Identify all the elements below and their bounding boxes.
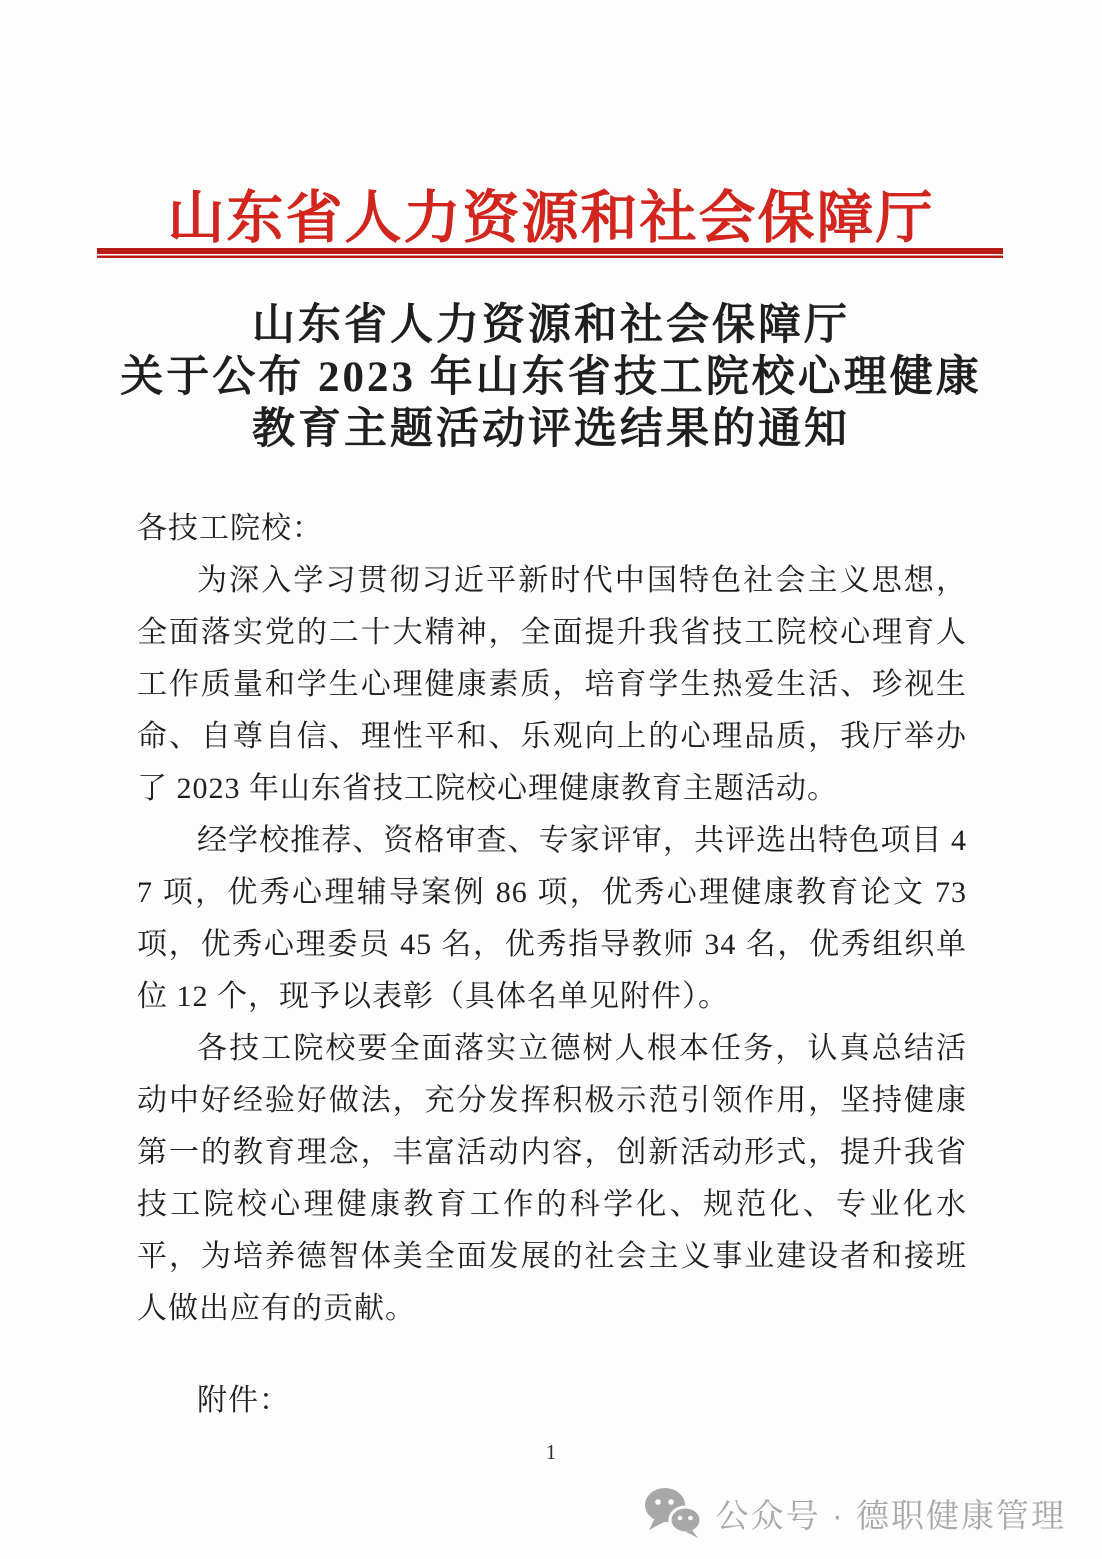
document-page: 山东省人力资源和社会保障厅 山东省人力资源和社会保障厅 关于公布 2023 年山… bbox=[0, 0, 1102, 1559]
document-title-line-3: 教育主题活动评选结果的通知 bbox=[0, 404, 1102, 456]
wechat-watermark: 公众号 · 德职健康管理 bbox=[644, 1487, 1066, 1539]
document-title-line-2: 关于公布 2023 年山东省技工院校心理健康 bbox=[0, 352, 1102, 404]
letterhead-divider bbox=[97, 248, 1003, 258]
salutation: 各技工院校： bbox=[137, 503, 967, 555]
body-paragraph-1: 为深入学习贯彻习近平新时代中国特色社会主义思想，全面落实党的二十大精神，全面提升… bbox=[137, 555, 967, 815]
body-paragraph-3: 各技工院校要全面落实立德树人根本任务，认真总结活动中好经验好做法，充分发挥积极示… bbox=[137, 1023, 967, 1335]
document-title-line-1: 山东省人力资源和社会保障厅 bbox=[0, 300, 1102, 352]
watermark-text: 公众号 · 德职健康管理 bbox=[716, 1490, 1066, 1537]
page-number: 1 bbox=[0, 1440, 1102, 1465]
body-paragraph-2: 经学校推荐、资格审查、专家评审，共评选出特色项目 47 项，优秀心理辅导案例 8… bbox=[137, 815, 967, 1023]
document-title: 山东省人力资源和社会保障厅 关于公布 2023 年山东省技工院校心理健康 教育主… bbox=[0, 300, 1102, 456]
attachment-label: 附件： bbox=[137, 1375, 967, 1427]
letterhead-org-name: 山东省人力资源和社会保障厅 bbox=[0, 172, 1102, 254]
wechat-icon bbox=[644, 1487, 702, 1539]
document-body: 各技工院校： 为深入学习贯彻习近平新时代中国特色社会主义思想，全面落实党的二十大… bbox=[137, 503, 967, 1427]
